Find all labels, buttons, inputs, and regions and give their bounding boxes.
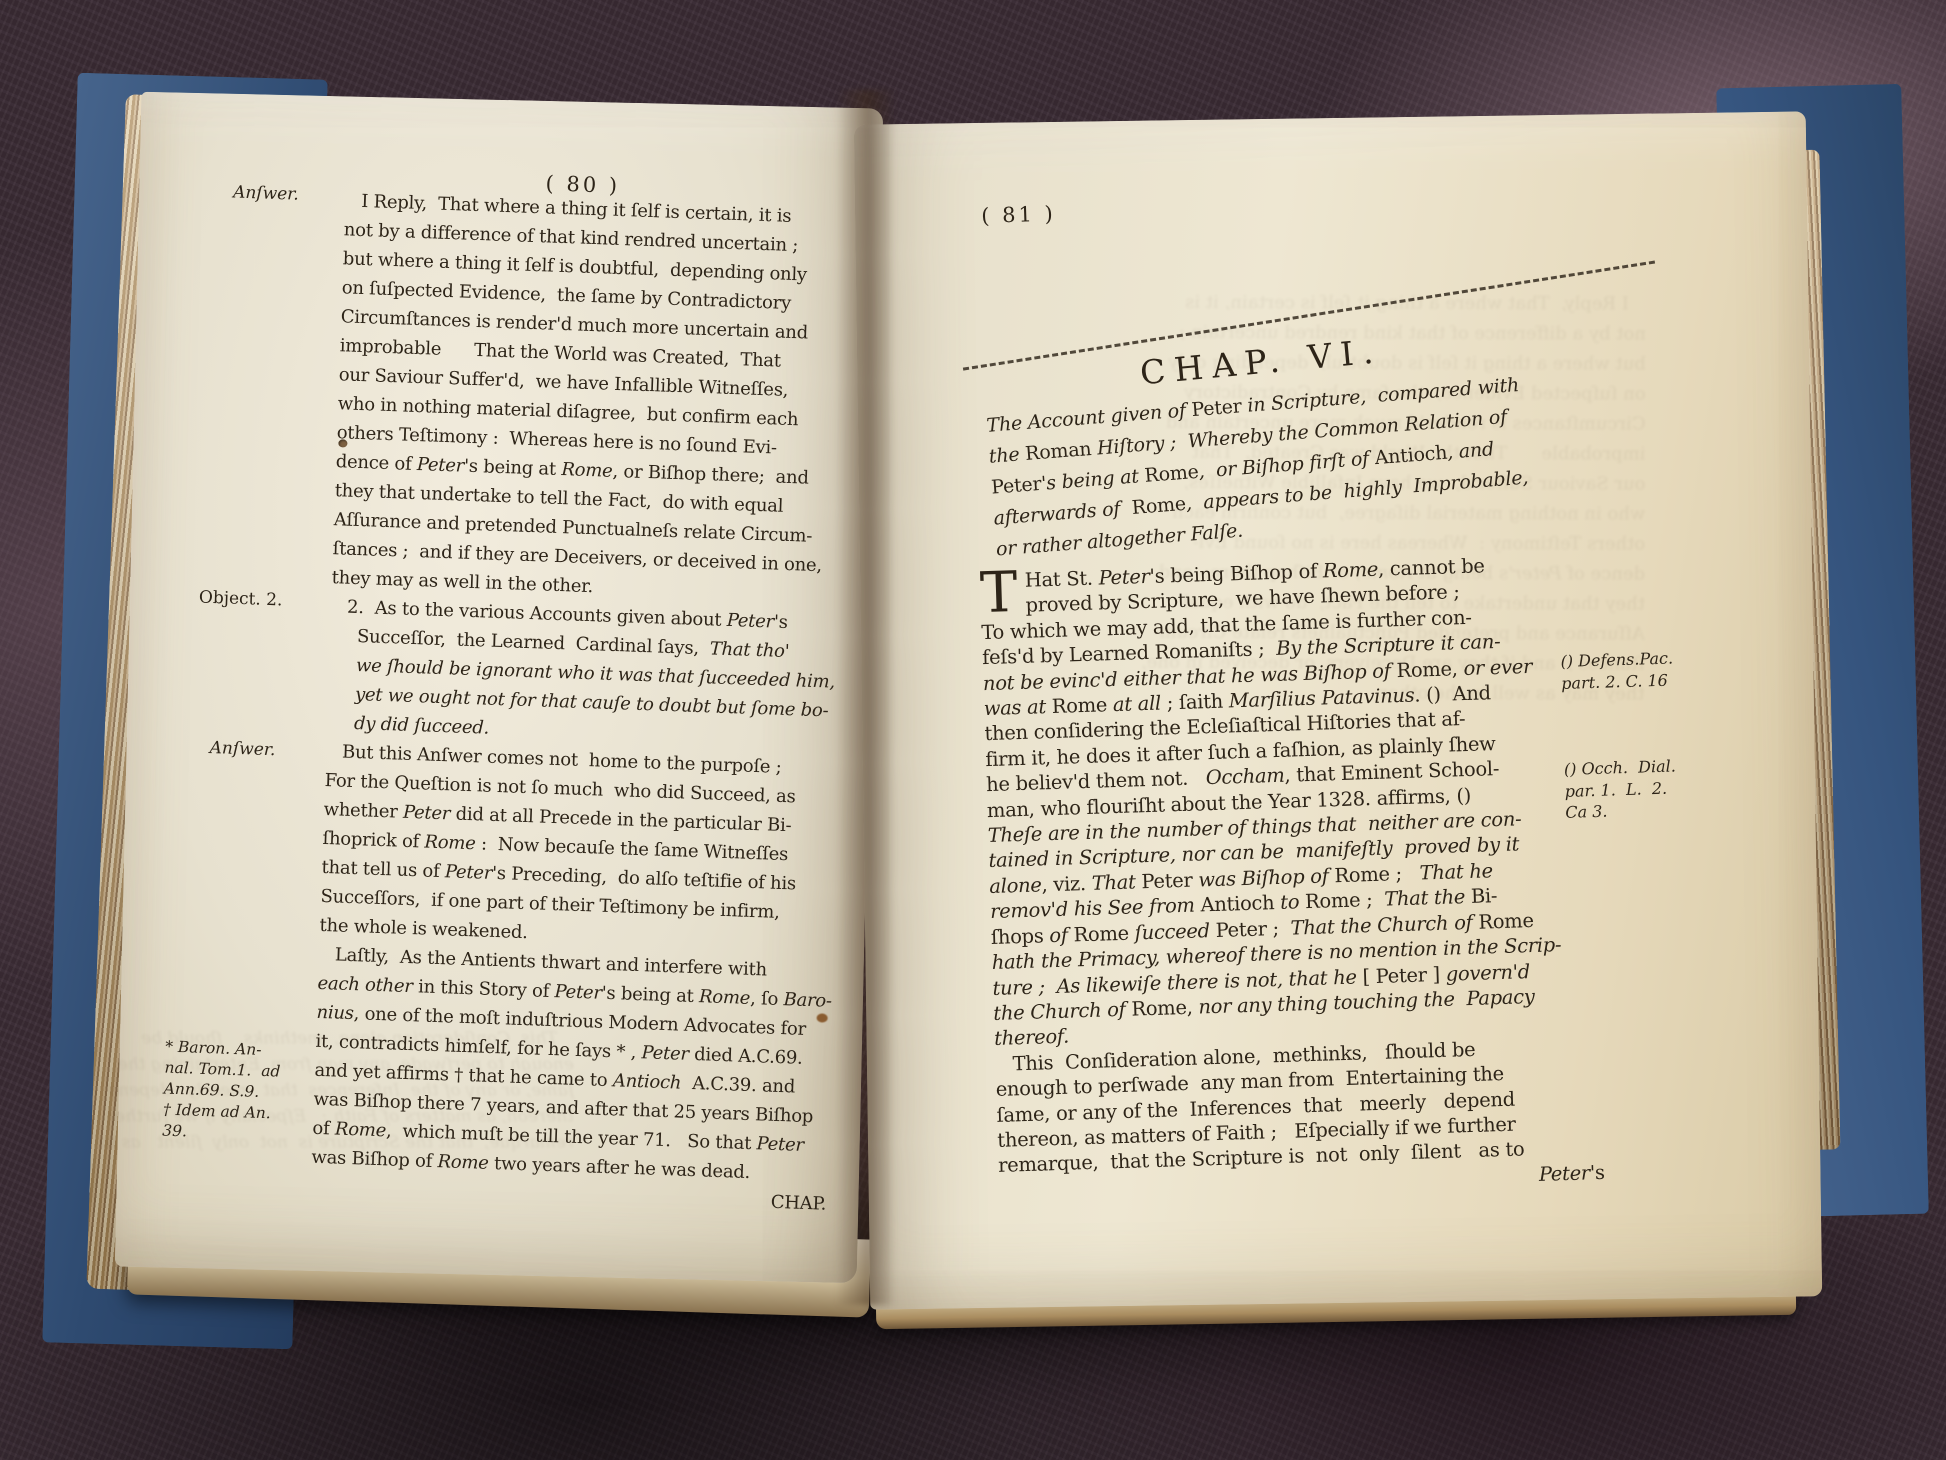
left-page-text-block: I Reply, That where a thing it ſelf is c…	[310, 186, 861, 1218]
paragraph-objection: 2. As to the various Accounts given abou…	[326, 592, 847, 755]
right-page: I Reply, That where a thing it ſelf is c…	[854, 111, 1822, 1309]
photograph-of-open-book: This Conſideration alone, methinks, ſhou…	[0, 0, 1946, 1460]
paragraph-lastly: Laſtly, As the Antients thwart and inter…	[311, 940, 835, 1190]
paragraph-reply: I Reply, That where a thing it ſelf is c…	[331, 186, 861, 610]
margin-note-answer-2: Anſwer.	[209, 738, 275, 760]
margin-note-objection-2: Object. 2.	[199, 587, 283, 610]
margin-note-occham-dialogus: () Occh. Dial.par. 1. L. 2.Ca 3.	[1564, 753, 1741, 823]
margin-note-defensor-pacis: () Defens.Pac.part. 2. C. 16	[1560, 645, 1736, 693]
paragraph-peter-bishop: THat St. Peter's being Biſhop of Rome, c…	[979, 550, 1600, 1052]
page-number-81: ( 81 )	[981, 202, 1056, 228]
margin-note-answer-1: Anſwer.	[233, 182, 299, 204]
text-line: 39.	[162, 1121, 305, 1147]
right-page-text-block: THat St. Peter's being Biſhop of Rome, c…	[979, 550, 1605, 1204]
drop-cap-T: T	[979, 568, 1026, 616]
text-line: Ca 3.	[1565, 796, 1741, 823]
paragraph-consideration: This Conſideration alone, methinks, ſhou…	[995, 1033, 1605, 1179]
right-page-content: I Reply, That where a thing it ſelf is c…	[844, 103, 1833, 1317]
footnote-baronius: * Baron. An-nal. Tom.1. adAnn.69. S.9.† …	[162, 1037, 308, 1147]
paragraph-answer: But this Anſwer comes not home to the pu…	[319, 737, 842, 958]
left-page: This Conſideration alone, methinks, ſhou…	[115, 92, 883, 1284]
left-page-content: This Conſideration alone, methinks, ſhou…	[108, 87, 891, 1287]
